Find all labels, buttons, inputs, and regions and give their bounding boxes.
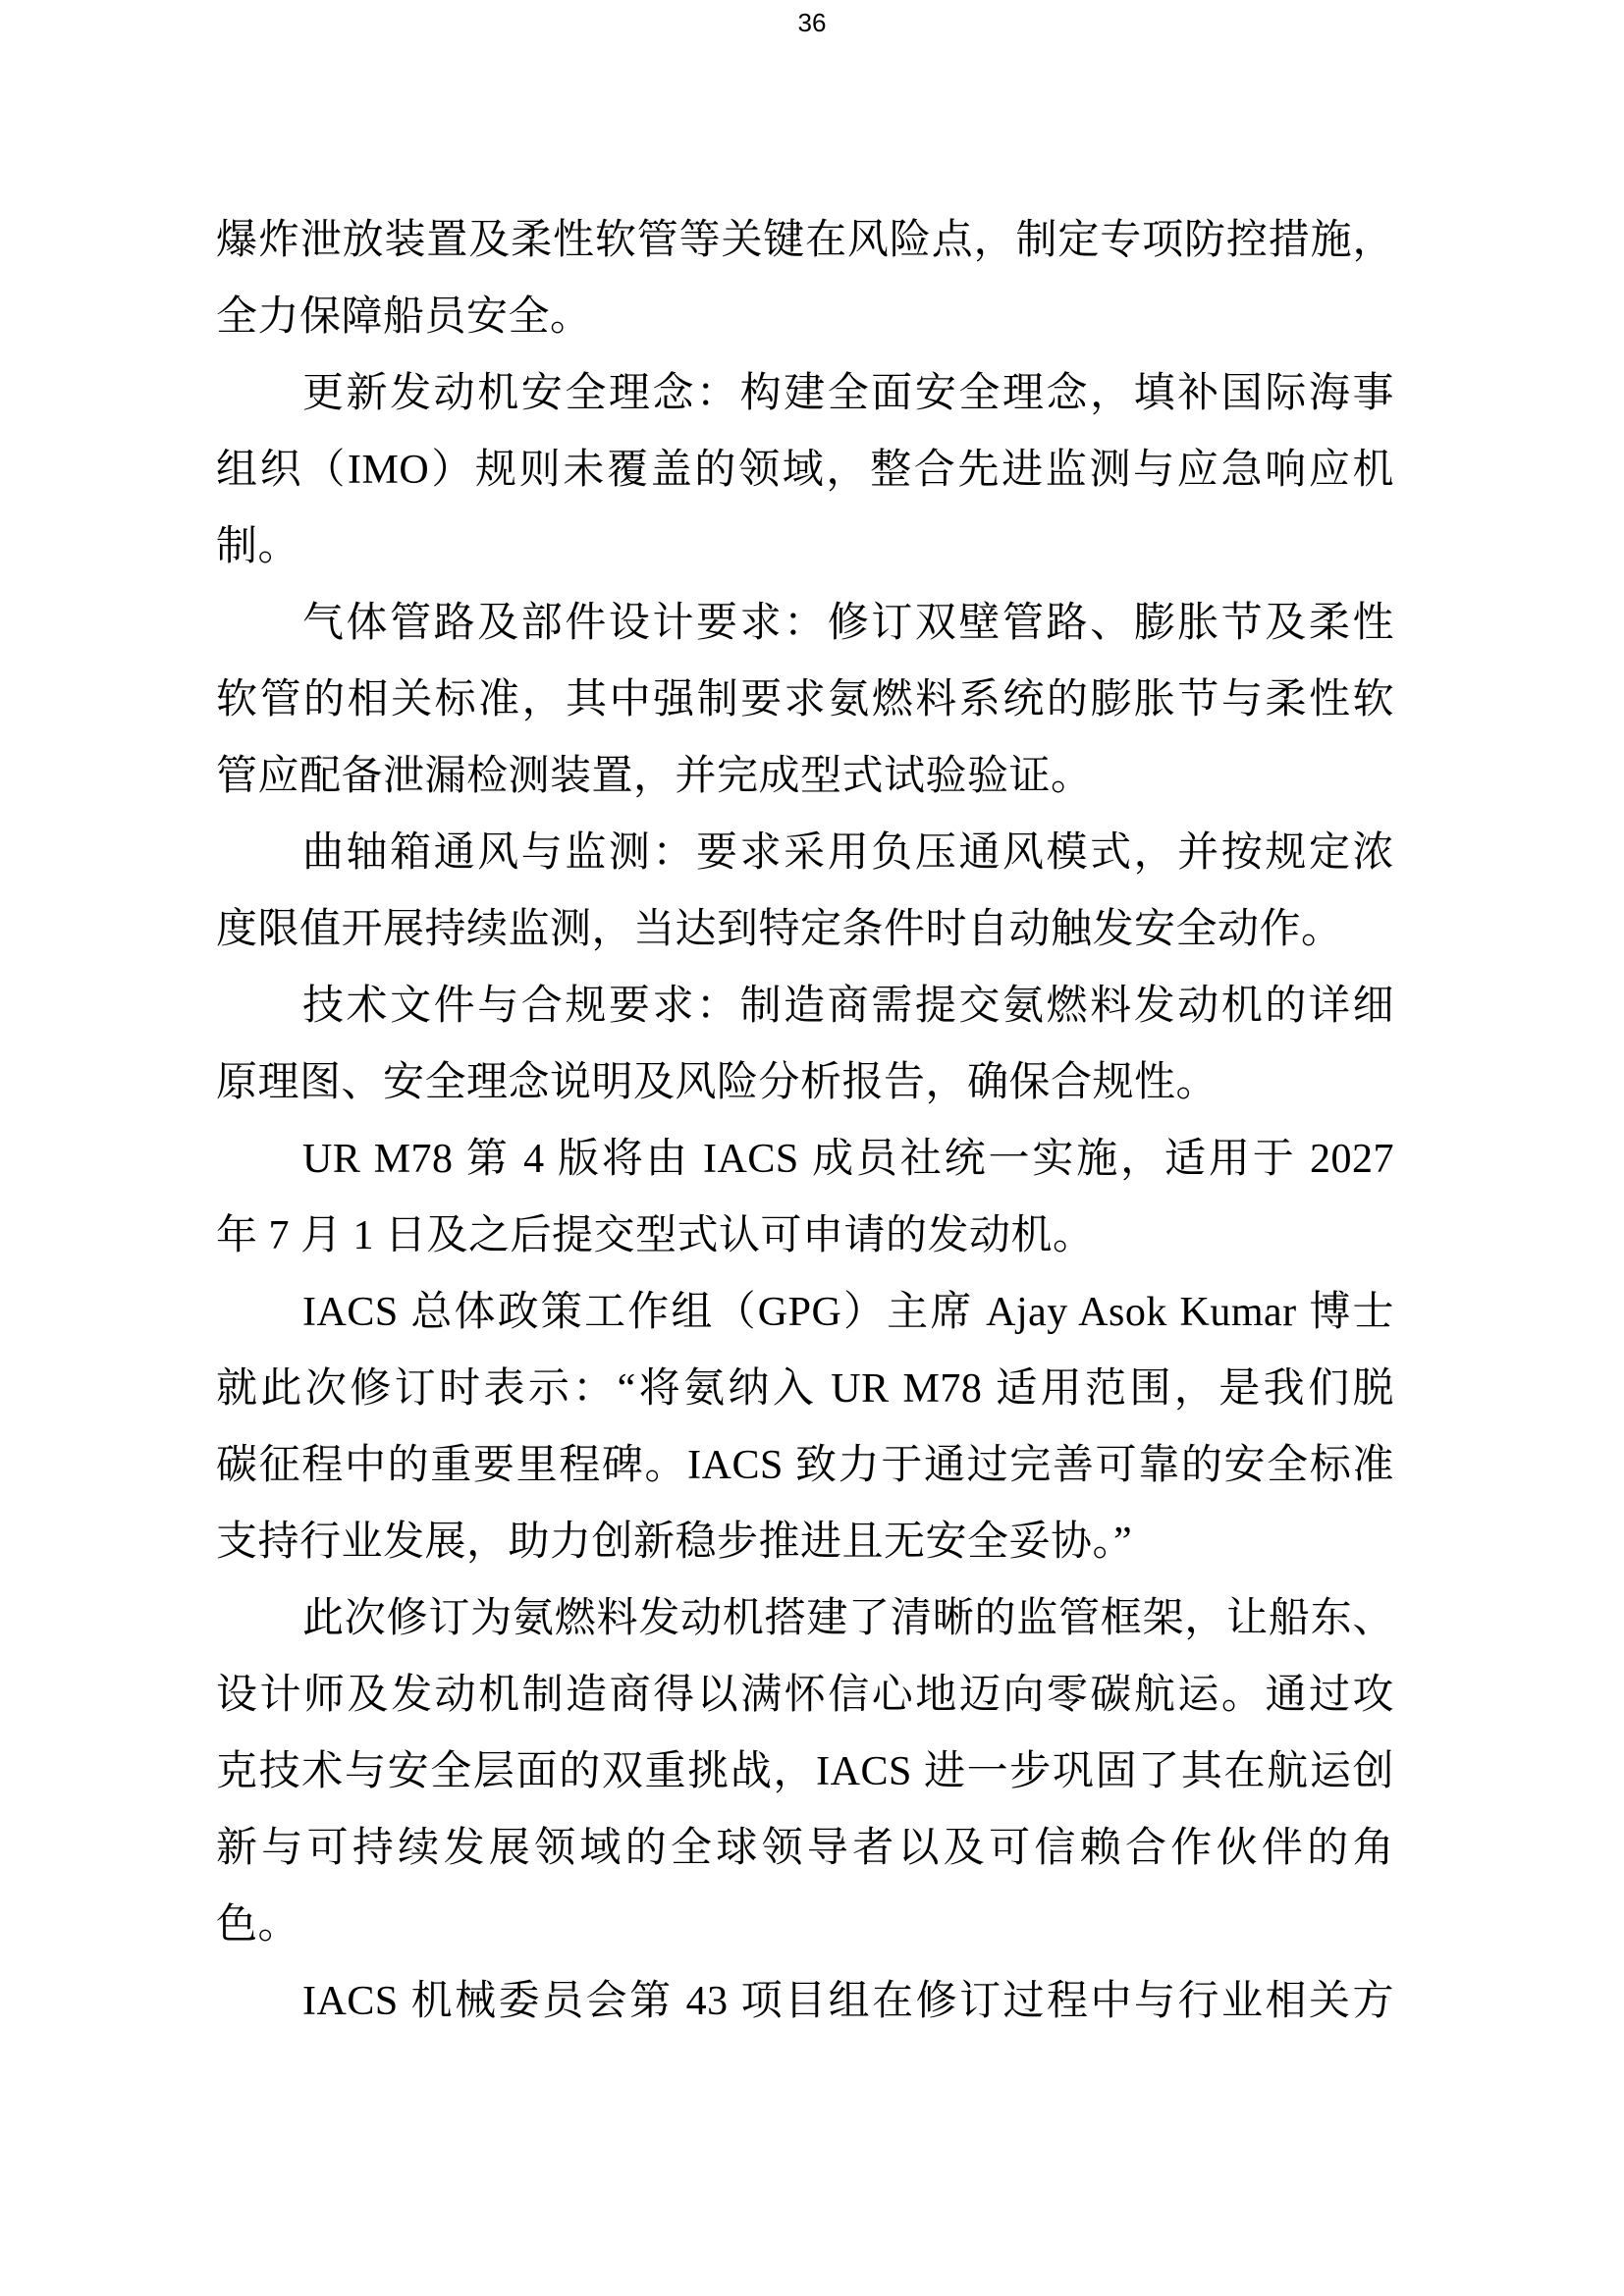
text-line: IACS 总体政策工作组（GPG）主席 Ajay Asok Kumar 博士 bbox=[216, 1274, 1394, 1351]
text-line: 支持行业发展，助力创新稳步推进且无安全妥协。” bbox=[216, 1504, 1394, 1580]
document-body: 爆炸泄放装置及柔性软管等关键在风险点，制定专项防控措施，全力保障船员安全。更新发… bbox=[216, 202, 1394, 2040]
text-line: 爆炸泄放装置及柔性软管等关键在风险点，制定专项防控措施， bbox=[216, 202, 1394, 279]
document-page: 36 爆炸泄放装置及柔性软管等关键在风险点，制定专项防控措施，全力保障船员安全。… bbox=[0, 0, 1624, 2296]
text-line: 度限值开展持续监测，当达到特定条件时自动触发安全动作。 bbox=[216, 891, 1394, 968]
text-line: 原理图、安全理念说明及风险分析报告，确保合规性。 bbox=[216, 1044, 1394, 1121]
text-line: 新与可持续发展领域的全球领导者以及可信赖合作伙伴的角 bbox=[216, 1810, 1394, 1887]
text-line: 年 7 月 1 日及之后提交型式认可申请的发动机。 bbox=[216, 1198, 1394, 1274]
text-line: 全力保障船员安全。 bbox=[216, 279, 1394, 355]
text-line: 设计师及发动机制造商得以满怀信心地迈向零碳航运。通过攻 bbox=[216, 1657, 1394, 1734]
text-line: 气体管路及部件设计要求：修订双壁管路、膨胀节及柔性 bbox=[216, 585, 1394, 662]
text-line: 碳征程中的重要里程碑。IACS 致力于通过完善可靠的安全标准 bbox=[216, 1427, 1394, 1504]
text-line: 就此次修订时表示：“将氨纳入 UR M78 适用范围，是我们脱 bbox=[216, 1351, 1394, 1427]
text-line: 组织（IMO）规则未覆盖的领域，整合先进监测与应急响应机 bbox=[216, 432, 1394, 508]
text-line: 此次修订为氨燃料发动机搭建了清晰的监管框架，让船东、 bbox=[216, 1580, 1394, 1657]
text-line: UR M78 第 4 版将由 IACS 成员社统一实施，适用于 2027 bbox=[216, 1121, 1394, 1198]
text-line: 曲轴箱通风与监测：要求采用负压通风模式，并按规定浓 bbox=[216, 815, 1394, 891]
text-line: 技术文件与合规要求：制造商需提交氨燃料发动机的详细 bbox=[216, 968, 1394, 1044]
text-line: 管应配备泄漏检测装置，并完成型式试验验证。 bbox=[216, 738, 1394, 815]
text-line: 更新发动机安全理念：构建全面安全理念，填补国际海事 bbox=[216, 355, 1394, 432]
text-line: 制。 bbox=[216, 508, 1394, 585]
text-line: 克技术与安全层面的双重挑战，IACS 进一步巩固了其在航运创 bbox=[216, 1734, 1394, 1810]
page-number: 36 bbox=[0, 8, 1624, 38]
text-line: IACS 机械委员会第 43 项目组在修订过程中与行业相关方 bbox=[216, 1963, 1394, 2040]
text-line: 色。 bbox=[216, 1887, 1394, 1963]
text-line: 软管的相关标准，其中强制要求氨燃料系统的膨胀节与柔性软 bbox=[216, 662, 1394, 738]
